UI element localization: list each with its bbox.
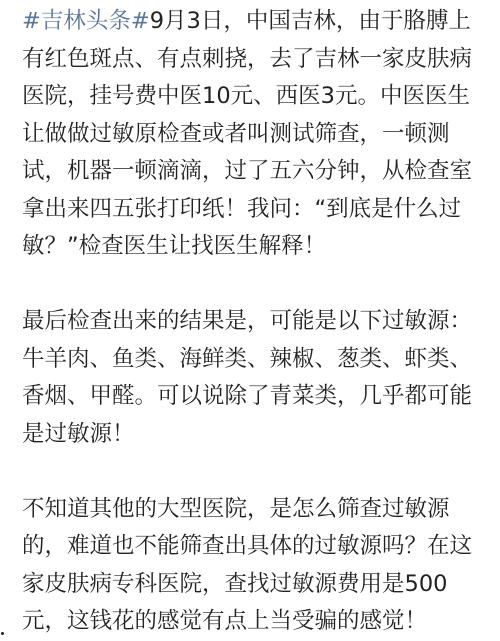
paragraph-2: 最后检查出来的结果是，可能是以下过敏源：牛羊肉、鱼类、海鲜类、辣椒、葱类、虾类、…: [22, 303, 484, 453]
post-body: #吉林头条#9月3日，中国吉林，由于胳膊上有红色斑点、有点刺挠，去了吉林一家皮肤…: [22, 3, 484, 641]
hashtag-link[interactable]: #吉林头条#: [22, 8, 150, 34]
bullet-dot: [1, 632, 4, 635]
paragraph-1-text: 9月3日，中国吉林，由于胳膊上有红色斑点、有点刺挠，去了吉林一家皮肤病医院，挂号…: [22, 8, 472, 259]
paragraph-1: #吉林头条#9月3日，中国吉林，由于胳膊上有红色斑点、有点刺挠，去了吉林一家皮肤…: [22, 3, 484, 266]
paragraph-3: 不知道其他的大型医院，是怎么筛查过敏源的，难道也不能筛查出具体的过敏源吗？在这家…: [22, 491, 484, 641]
